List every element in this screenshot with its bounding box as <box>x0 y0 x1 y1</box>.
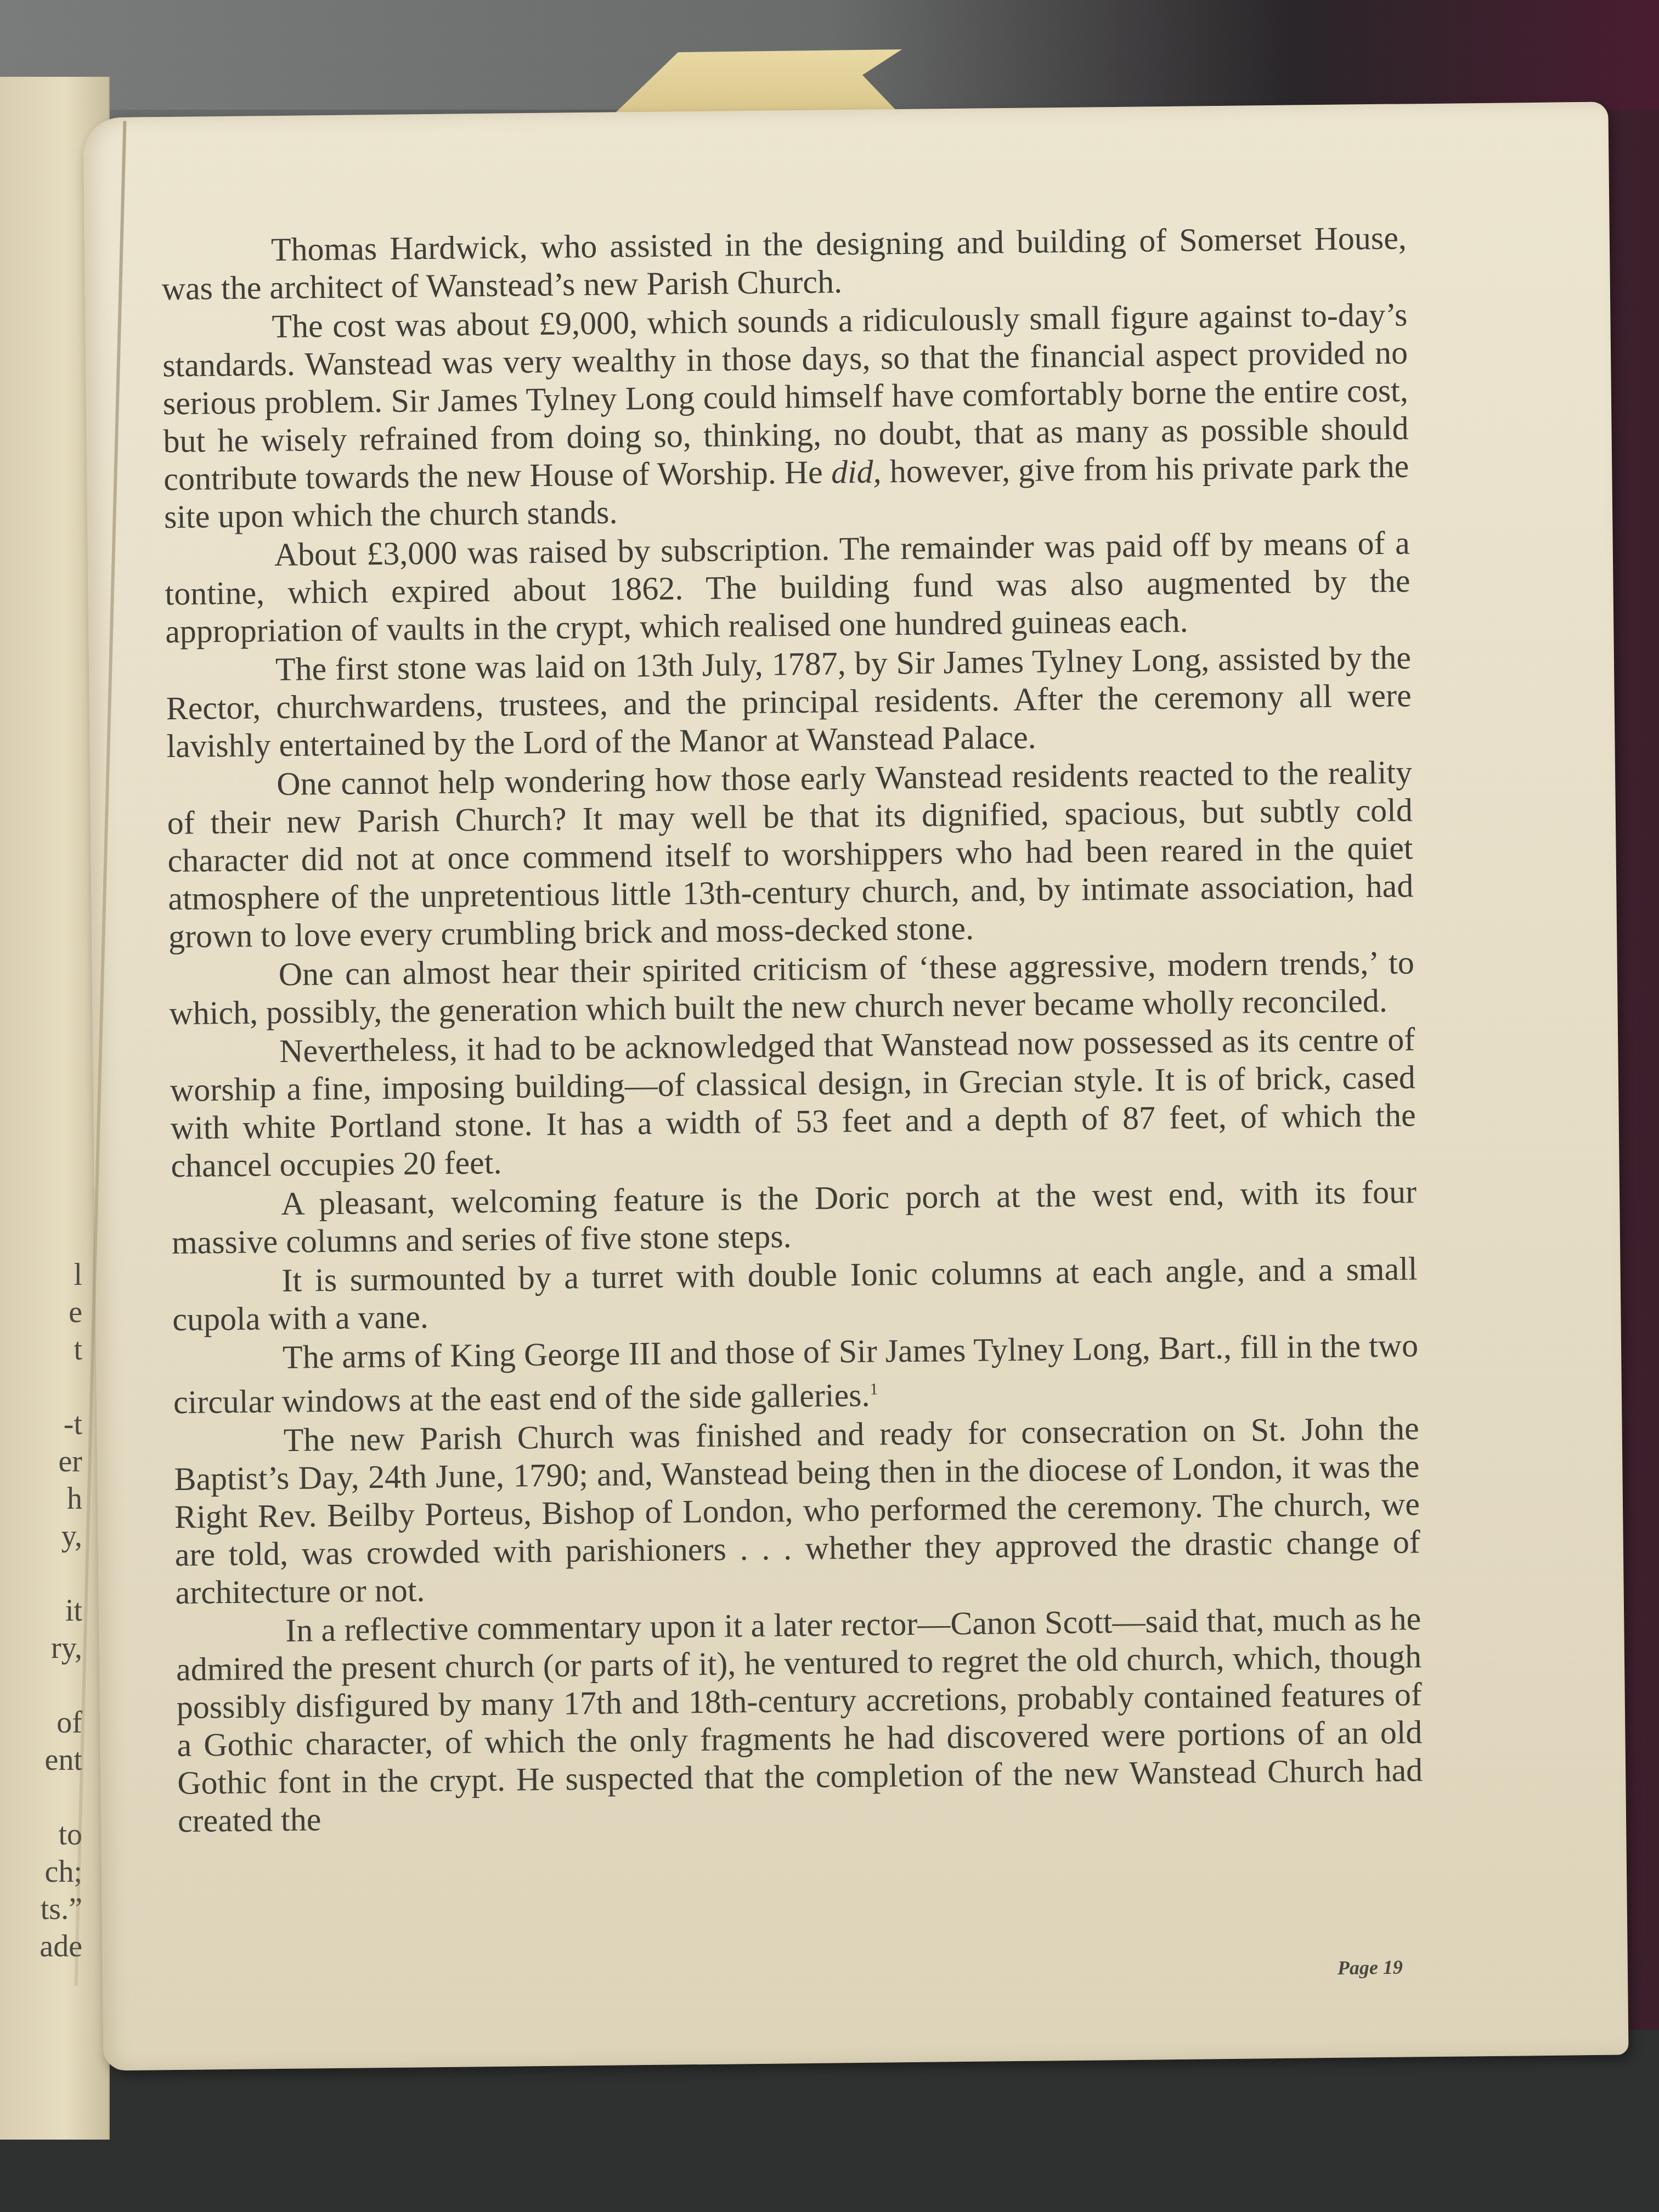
paragraph-cost: The cost was about £9,000, which sounds … <box>162 296 1409 536</box>
paragraph-subscription: About £3,000 was raised by subscription.… <box>164 524 1410 651</box>
paragraph-criticism: One can almost hear their spirited criti… <box>168 944 1414 1032</box>
fragment: er <box>0 1443 82 1480</box>
fragment <box>0 1667 82 1704</box>
paragraph-text: He <box>776 454 831 490</box>
fragment <box>0 1779 82 1816</box>
page-body: Thomas Hardwick, who assisted in the des… <box>161 219 1424 1841</box>
fragment <box>0 1368 82 1406</box>
paragraph-text: The arms of King George III and those of… <box>173 1327 1419 1420</box>
fragment: ts.” <box>0 1891 82 1928</box>
emphasis-text: did, <box>831 453 882 490</box>
paragraph-canon-scott: In a reflective commentary upon it a lat… <box>176 1600 1423 1840</box>
paragraph-consecration: The new Parish Church was finished and r… <box>173 1409 1420 1612</box>
paragraph-doric-porch: A pleasant, welcoming feature is the Dor… <box>171 1173 1417 1262</box>
fragment: it <box>0 1592 82 1629</box>
left-page-text-fragments: l e t -t er h y, it ry, of ent to ch; ts… <box>0 1256 82 1965</box>
fragment: ade <box>0 1928 82 1965</box>
paragraph-turret: It is surmounted by a turret with double… <box>172 1250 1418 1339</box>
fragment: l <box>0 1256 82 1294</box>
fragment: ch; <box>0 1853 82 1891</box>
paragraph-hardwick: Thomas Hardwick, who assisted in the des… <box>161 219 1407 308</box>
fragment: e <box>0 1294 82 1331</box>
paragraph-first-stone: The first stone was laid on 13th July, 1… <box>166 639 1412 765</box>
fragment: t <box>0 1331 82 1368</box>
fragment: to <box>0 1816 82 1853</box>
book-page: Thomas Hardwick, who assisted in the des… <box>83 102 1628 2071</box>
fragment <box>0 1555 82 1592</box>
footnote-marker: 1 <box>870 1380 878 1398</box>
fragment: h <box>0 1480 82 1517</box>
fragment: y, <box>0 1517 82 1555</box>
paragraph-residents-reaction: One cannot help wondering how those earl… <box>167 753 1414 956</box>
fragment: ent <box>0 1741 82 1779</box>
fragment: of <box>0 1704 82 1741</box>
fragment: -t <box>0 1406 82 1443</box>
fragment: ry, <box>0 1629 82 1667</box>
page-number: Page 19 <box>1338 1956 1403 1979</box>
paragraph-building-design: Nevertheless, it had to be acknowledged … <box>170 1020 1417 1185</box>
photo-scene: l e t -t er h y, it ry, of ent to ch; ts… <box>0 0 1659 2212</box>
paragraph-arms: The arms of King George III and those of… <box>173 1327 1419 1421</box>
